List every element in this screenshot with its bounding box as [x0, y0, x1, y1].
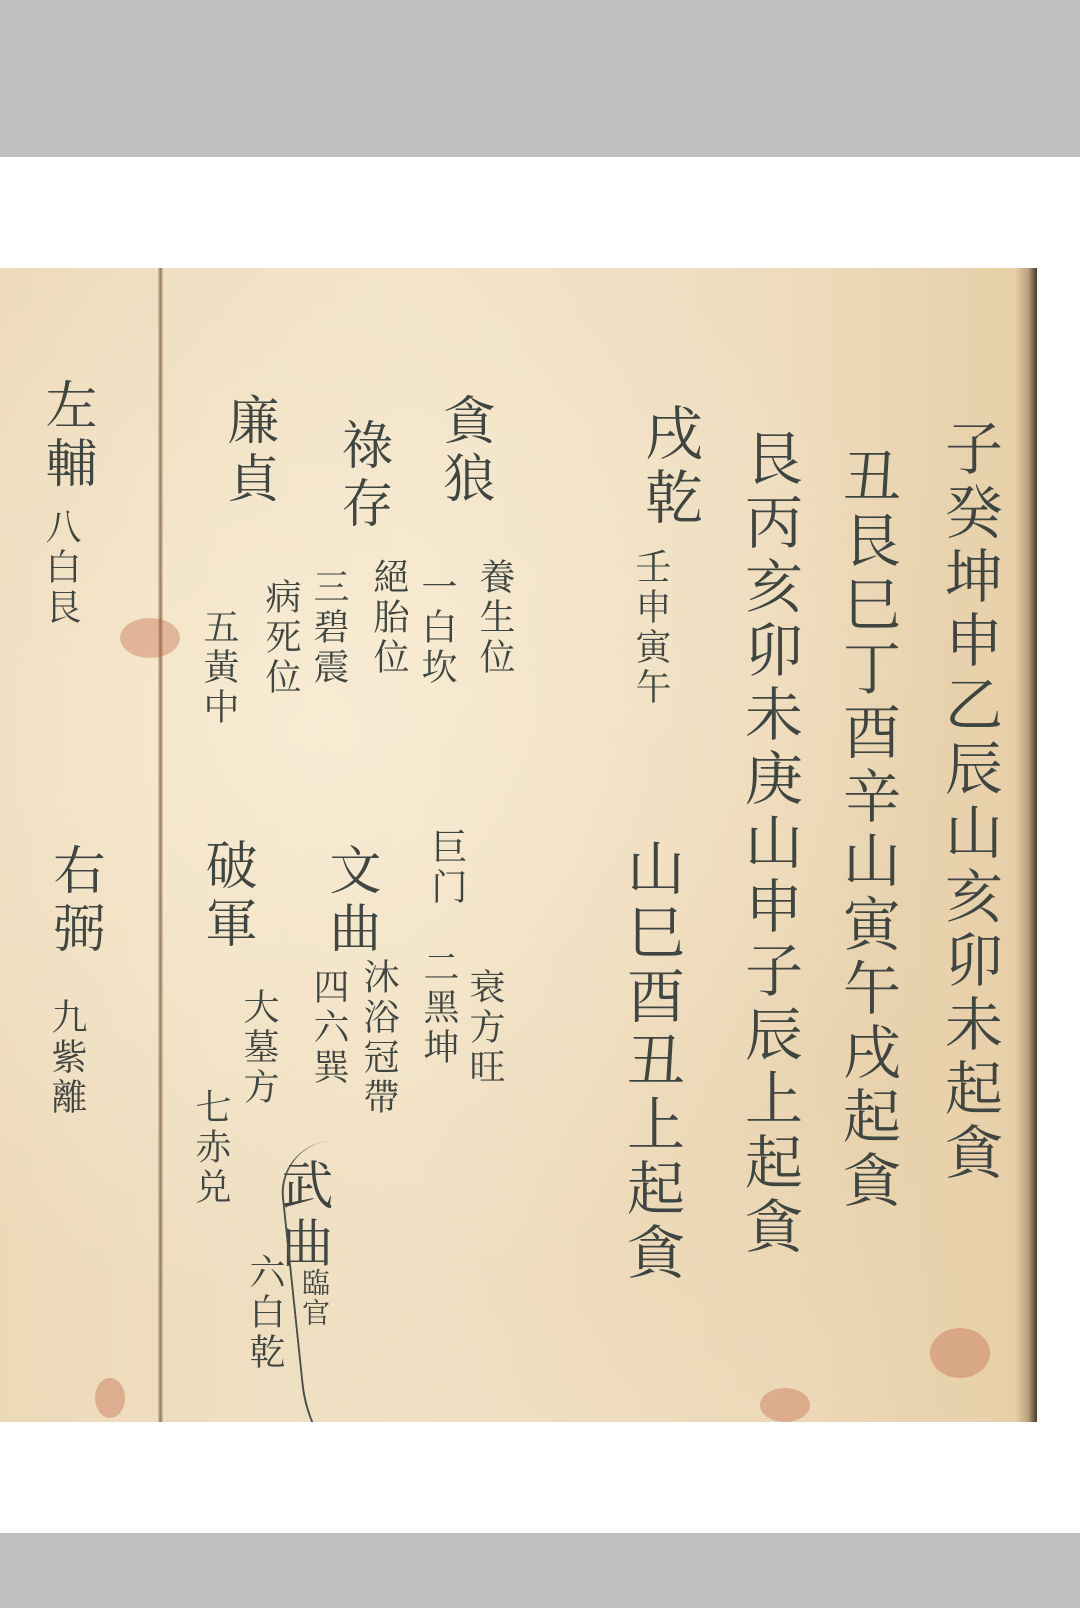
text-column-4-annotation: 壬申寅午 — [632, 548, 668, 708]
star-youbi: 右弼 — [48, 843, 100, 959]
stain — [930, 1328, 990, 1378]
star-tanlang-position: 養生位 — [476, 558, 512, 678]
star-jumen-number: 二黑坤 — [420, 948, 456, 1068]
star-pojun-number: 七赤兑 — [192, 1088, 228, 1208]
star-wenqu-number: 四六巽 — [310, 968, 346, 1088]
star-pojun: 破軍 — [200, 838, 252, 954]
page-edge — [1015, 268, 1037, 1422]
stain — [95, 1378, 125, 1418]
star-lianzhen: 廉貞 — [222, 393, 274, 509]
viewer-bottom-band — [0, 1533, 1080, 1608]
star-lianzhen-number: 五黃中 — [200, 608, 236, 728]
manuscript-page: 子癸坤申乙辰山亥卯未起貪 丑艮巳丁酉辛山寅午戌起貪 艮丙亥卯未庚山申子辰上起貪 … — [0, 268, 1037, 1422]
star-pojun-position: 大墓方 — [240, 988, 276, 1108]
viewer-top-band — [0, 0, 1080, 157]
star-wenqu-position: 沐浴冠帶 — [360, 958, 396, 1118]
star-tanlang-number: 一白坎 — [418, 568, 454, 688]
bracket-arc — [277, 1132, 458, 1422]
star-lianzhen-position: 病死位 — [262, 578, 298, 698]
page-fold-line — [158, 268, 163, 1422]
star-wuqu-number: 六白乾 — [246, 1253, 282, 1373]
text-column-4: 戌乾 — [640, 403, 698, 531]
stain — [760, 1388, 810, 1422]
star-lucun-number: 三碧震 — [310, 568, 346, 688]
text-column-5: 山巳酉丑上起貪 — [622, 838, 680, 1286]
star-zuofu-number: 八白艮 — [42, 508, 78, 628]
text-column-3: 艮丙亥卯未庚山申子辰上起貪 — [740, 428, 798, 1260]
star-jumen: 巨门 — [428, 828, 464, 908]
star-zuofu: 左輔 — [40, 378, 92, 494]
star-wenqu: 文曲 — [324, 843, 376, 959]
star-lucun-position: 絕胎位 — [370, 558, 406, 678]
stain — [120, 618, 180, 658]
star-youbi-number: 九紫離 — [48, 998, 84, 1118]
text-column-1: 子癸坤申乙辰山亥卯未起貪 — [940, 418, 998, 1186]
star-lucun: 祿存 — [336, 418, 388, 534]
star-tanlang: 貪狼 — [438, 393, 490, 509]
star-jumen-position: 衰方旺 — [466, 968, 502, 1088]
text-column-2: 丑艮巳丁酉辛山寅午戌起貪 — [838, 446, 896, 1214]
